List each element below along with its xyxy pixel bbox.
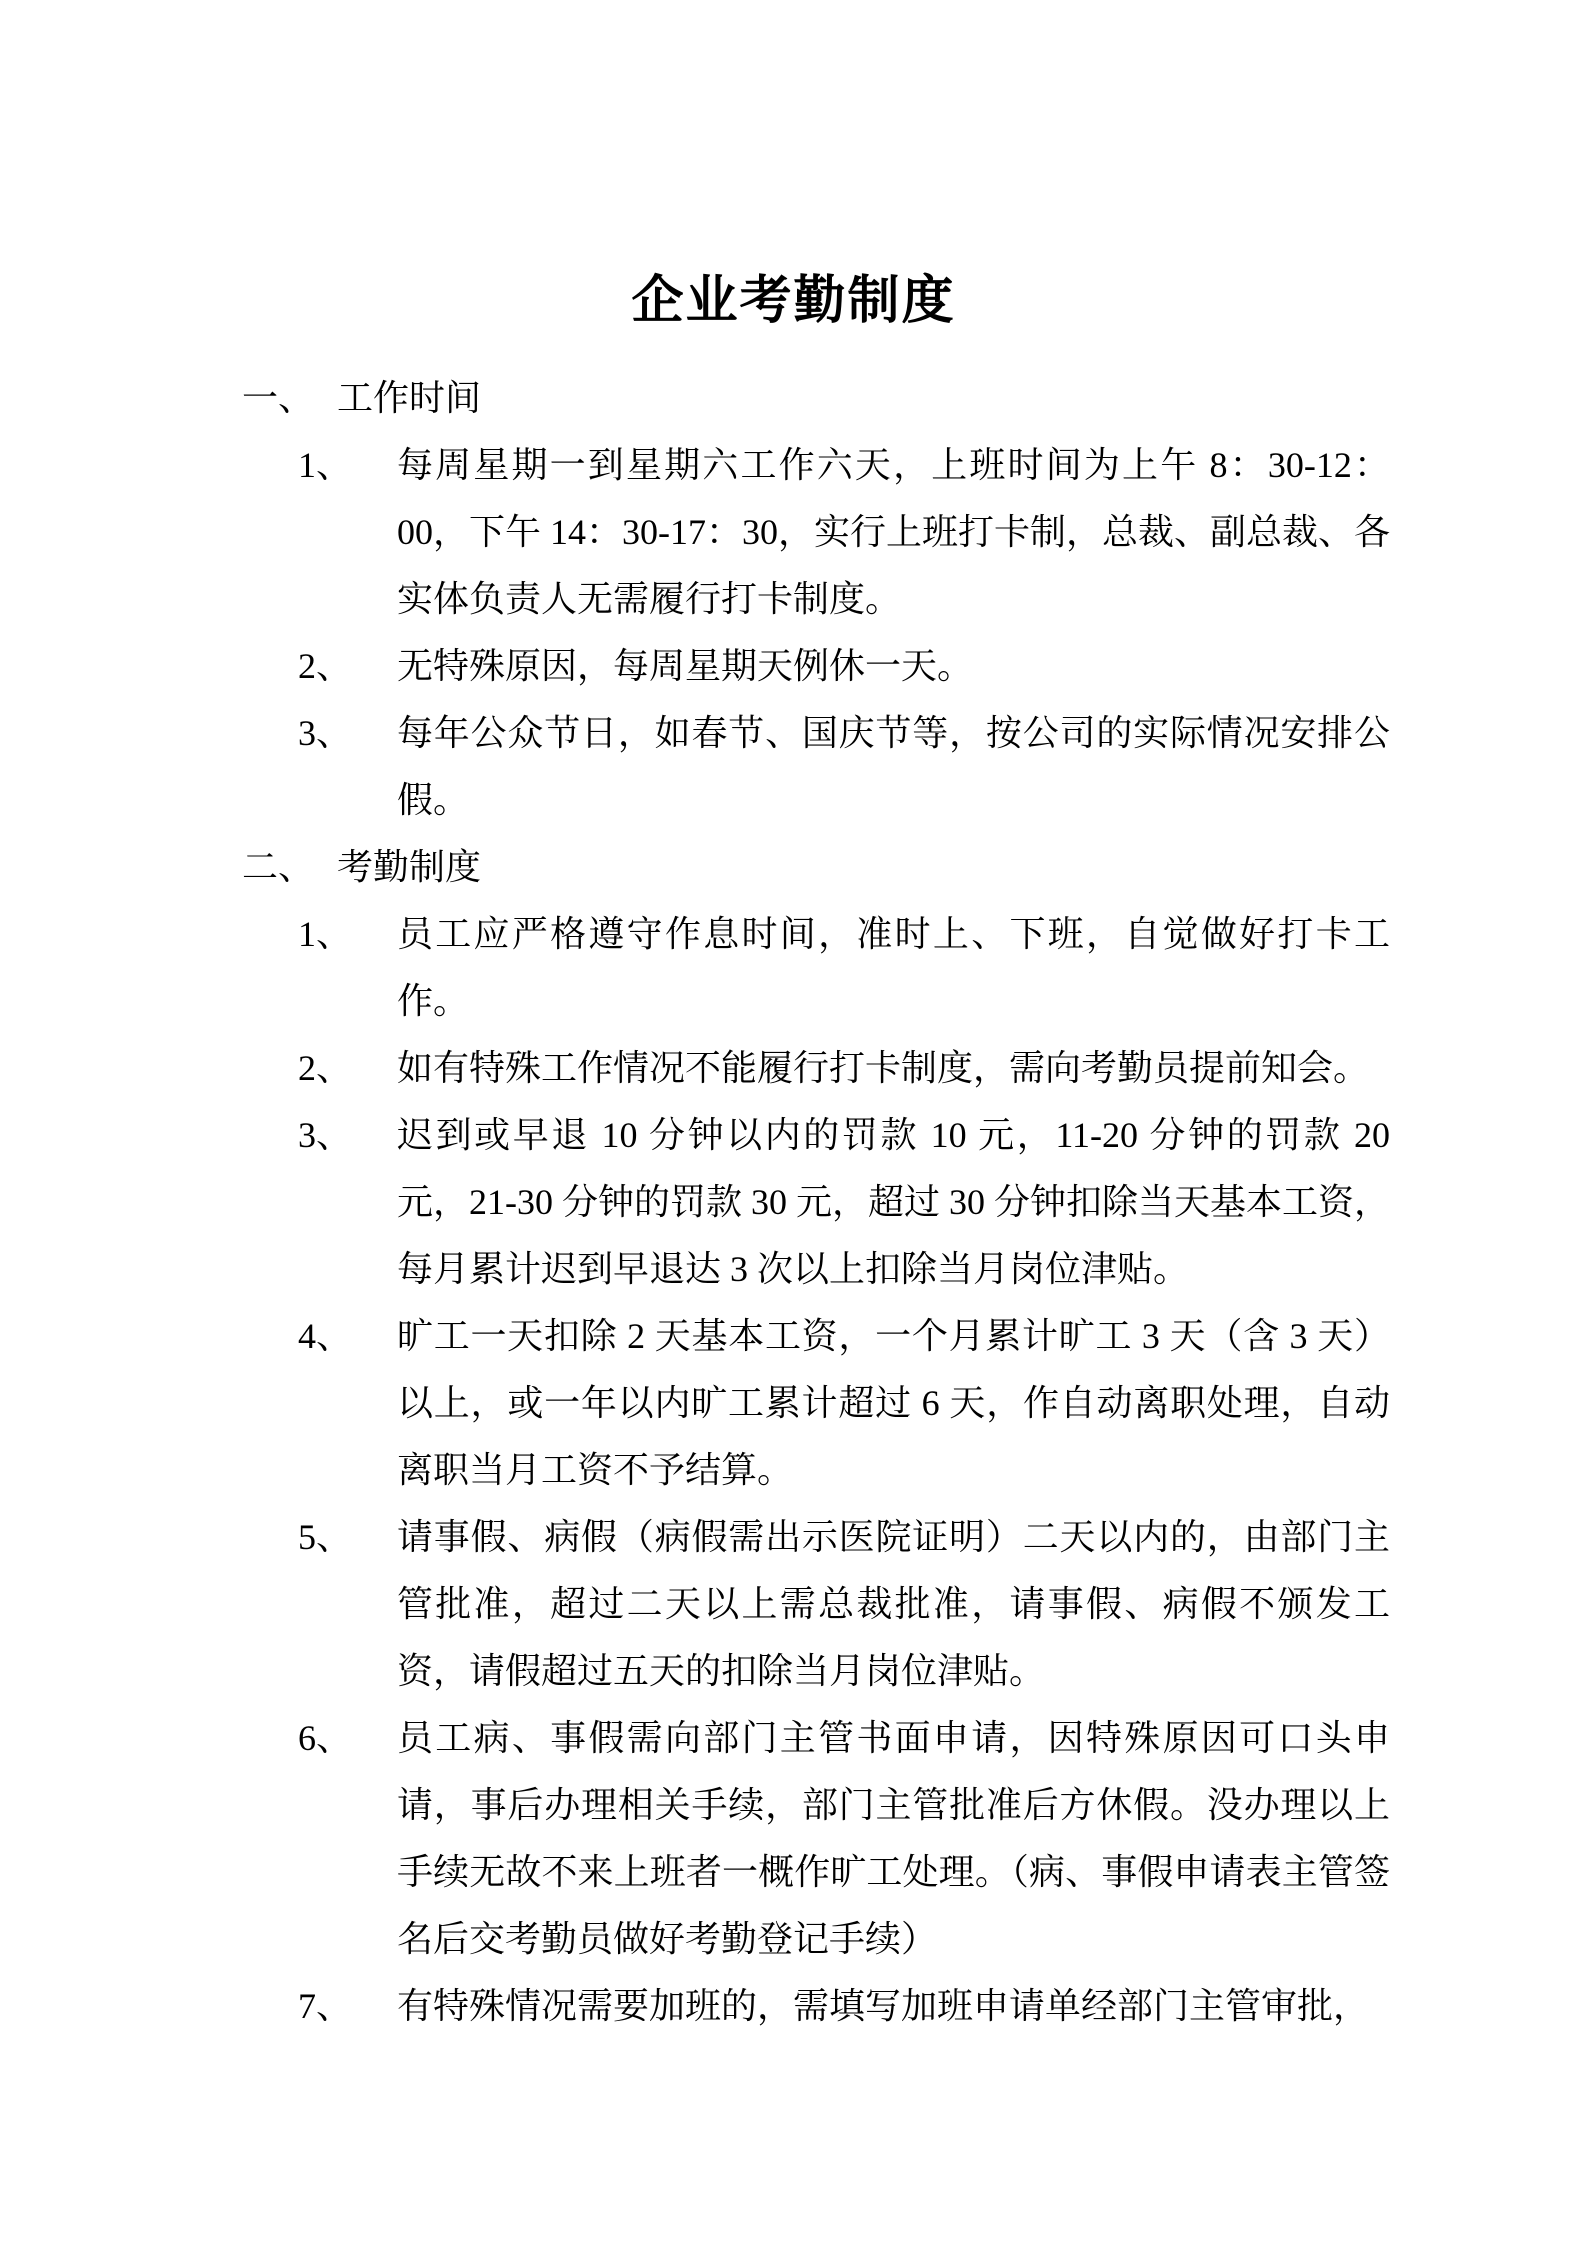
- item-number: 6、: [298, 1705, 352, 1772]
- list-item: 2、 无特殊原因，每周星期天例休一天。: [0, 633, 1587, 700]
- item-text: 每周星期一到星期六工作六天，上班时间为上午 8：30-12：00，下午 14：3…: [397, 432, 1390, 633]
- list-item: 5、 请事假、病假（病假需出示医院证明）二天以内的，由部门主管批准，超过二天以上…: [0, 1504, 1587, 1705]
- list-item: 6、 员工病、事假需向部门主管书面申请，因特殊原因可口头申请，事后办理相关手续，…: [0, 1705, 1587, 1973]
- item-text: 每年公众节日，如春节、国庆节等，按公司的实际情况安排公假。: [397, 700, 1390, 834]
- list-item: 1、 员工应严格遵守作息时间，准时上、下班，自觉做好打卡工作。: [0, 901, 1587, 1035]
- list-item: 2、 如有特殊工作情况不能履行打卡制度，需向考勤员提前知会。: [0, 1035, 1587, 1102]
- item-number: 2、: [298, 633, 352, 700]
- section-heading-row: 二、考勤制度: [0, 834, 1587, 901]
- item-text: 请事假、病假（病假需出示医院证明）二天以内的，由部门主管批准，超过二天以上需总裁…: [397, 1504, 1390, 1705]
- item-text: 迟到或早退 10 分钟以内的罚款 10 元，11-20 分钟的罚款 20 元，2…: [397, 1102, 1390, 1303]
- list-item: 3、 迟到或早退 10 分钟以内的罚款 10 元，11-20 分钟的罚款 20 …: [0, 1102, 1587, 1303]
- section-marker: 二、: [242, 834, 337, 901]
- item-number: 1、: [298, 901, 352, 968]
- section-heading: 工作时间: [337, 378, 481, 418]
- list-item: 1、 每周星期一到星期六工作六天，上班时间为上午 8：30-12：00，下午 1…: [0, 432, 1587, 633]
- document-page: 企业考勤制度 一、工作时间 1、 每周星期一到星期六工作六天，上班时间为上午 8…: [0, 0, 1587, 2245]
- item-number: 7、: [298, 1973, 352, 2040]
- item-text: 无特殊原因，每周星期天例休一天。: [397, 633, 1390, 700]
- section-marker: 一、: [242, 365, 337, 432]
- list-item: 7、 有特殊情况需要加班的，需填写加班申请单经部门主管审批，: [0, 1973, 1587, 2040]
- list-item: 4、 旷工一天扣除 2 天基本工资，一个月累计旷工 3 天（含 3 天）以上，或…: [0, 1303, 1587, 1504]
- item-text: 员工病、事假需向部门主管书面申请，因特殊原因可口头申请，事后办理相关手续，部门主…: [397, 1705, 1390, 1973]
- item-number: 5、: [298, 1504, 352, 1571]
- item-number: 4、: [298, 1303, 352, 1370]
- item-text: 有特殊情况需要加班的，需填写加班申请单经部门主管审批，: [397, 1973, 1390, 2040]
- item-text: 旷工一天扣除 2 天基本工资，一个月累计旷工 3 天（含 3 天）以上，或一年以…: [397, 1303, 1390, 1504]
- item-text: 员工应严格遵守作息时间，准时上、下班，自觉做好打卡工作。: [397, 901, 1390, 1035]
- section-heading-row: 一、工作时间: [0, 365, 1587, 432]
- item-number: 1、: [298, 432, 352, 499]
- list-item: 3、 每年公众节日，如春节、国庆节等，按公司的实际情况安排公假。: [0, 700, 1587, 834]
- document-body: 一、工作时间 1、 每周星期一到星期六工作六天，上班时间为上午 8：30-12：…: [0, 365, 1587, 2040]
- item-number: 3、: [298, 1102, 352, 1169]
- item-number: 2、: [298, 1035, 352, 1102]
- item-number: 3、: [298, 700, 352, 767]
- document-title: 企业考勤制度: [0, 270, 1587, 332]
- section-heading: 考勤制度: [337, 847, 481, 887]
- item-text: 如有特殊工作情况不能履行打卡制度，需向考勤员提前知会。: [397, 1035, 1390, 1102]
